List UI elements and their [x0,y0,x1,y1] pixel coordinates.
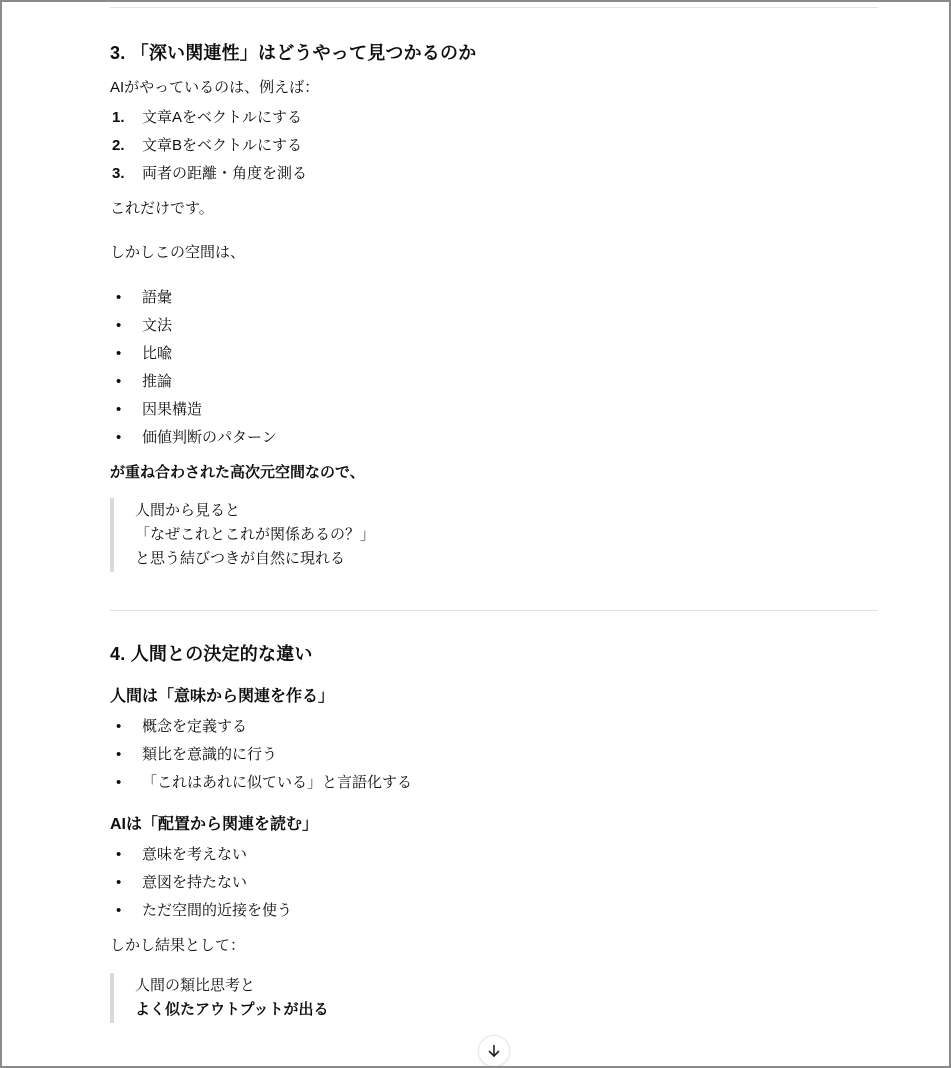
list-item-text: 「これはあれに似ている」と言語化する [142,774,412,791]
space-outro-text: が重ね合わされた高次元空間なので、 [110,460,878,486]
space-items-list: •語彙 •文法 •比喩 •推論 •因果構造 •価値判断のパターン [110,284,878,452]
bullet-icon: • [116,340,121,368]
quote-line: 人間の類比思考と [135,974,878,998]
list-item: •価値判断のパターン [110,424,878,452]
list-item: •類比を意識的に行う [110,741,878,769]
list-item: 2.文章Bをベクトルにする [110,132,878,160]
list-item-text: 比喩 [142,345,172,362]
list-item-text: 文法 [142,317,172,334]
quote-line: よく似たアウトプットが出る [135,998,878,1022]
list-item: •語彙 [110,284,878,312]
bullet-icon: • [116,897,121,925]
quote-line: 人間から見ると [135,499,878,523]
list-item-text: 文章Bをベクトルにする [142,137,302,154]
message-content: 3. 「深い関連性」はどうやって見つかるのか AIがやっているのは、例えば： 1… [110,0,878,1023]
scroll-to-bottom-button[interactable] [478,1035,510,1067]
bullet-icon: • [116,312,121,340]
space-intro-text: しかしこの空間は、 [110,240,878,266]
result-intro-text: しかし結果として： [110,933,878,959]
list-item: 1.文章Aをベクトルにする [110,104,878,132]
quote-line: と思う結びつきが自然に現れる [135,547,878,571]
arrow-down-icon [486,1043,502,1059]
list-item-text: 価値判断のパターン [142,429,277,446]
list-item-text: 推論 [142,373,172,390]
divider [110,7,878,8]
list-item: •概念を定義する [110,713,878,741]
list-item: •推論 [110,368,878,396]
human-items-list: •概念を定義する •類比を意識的に行う •「これはあれに似ている」と言語化する [110,713,878,797]
section-3-heading: 3. 「深い関連性」はどうやって見つかるのか [110,39,878,67]
list-item: •比喩 [110,340,878,368]
blockquote: 人間の類比思考と よく似たアウトプットが出る [110,973,878,1023]
conclusion-text: これだけです。 [110,196,878,222]
human-subheading: 人間は「意味から関連を作る」 [110,684,878,710]
list-item-text: 概念を定義する [142,718,247,735]
list-item: •意味を考えない [110,841,878,869]
bullet-icon: • [116,841,121,869]
bullet-icon: • [116,396,121,424]
bullet-icon: • [116,769,121,797]
list-item-text: 語彙 [142,289,172,306]
list-item-text: 意図を持たない [142,874,247,891]
list-number: 1. [112,104,125,132]
bullet-icon: • [116,713,121,741]
list-item-text: 意味を考えない [142,846,247,863]
bullet-icon: • [116,368,121,396]
list-item-text: 文章Aをベクトルにする [142,109,302,126]
list-item: •「これはあれに似ている」と言語化する [110,769,878,797]
list-item-text: 類比を意識的に行う [142,746,277,763]
steps-list: 1.文章Aをベクトルにする 2.文章Bをベクトルにする 3.両者の距離・角度を測… [110,104,878,188]
list-item: 3.両者の距離・角度を測る [110,160,878,188]
ai-subheading: AIは「配置から関連を読む」 [110,812,878,838]
list-item: •ただ空間的近接を使う [110,897,878,925]
divider [110,610,878,611]
blockquote: 人間から見ると 「なぜこれとこれが関係あるの？」 と思う結びつきが自然に現れる [110,498,878,572]
quote-line: 「なぜこれとこれが関係あるの？」 [135,523,878,547]
list-item: •意図を持たない [110,869,878,897]
bullet-icon: • [116,741,121,769]
list-item: •因果構造 [110,396,878,424]
list-item: •文法 [110,312,878,340]
list-number: 3. [112,160,125,188]
section-3-intro: AIがやっているのは、例えば： [110,75,878,101]
ai-items-list: •意味を考えない •意図を持たない •ただ空間的近接を使う [110,841,878,925]
bullet-icon: • [116,869,121,897]
bullet-icon: • [116,284,121,312]
bullet-icon: • [116,424,121,452]
section-4-heading: 4. 人間との決定的な違い [110,640,878,668]
list-item-text: 因果構造 [142,401,202,418]
list-item-text: 両者の距離・角度を測る [142,165,307,182]
list-item-text: ただ空間的近接を使う [142,902,292,919]
list-number: 2. [112,132,125,160]
